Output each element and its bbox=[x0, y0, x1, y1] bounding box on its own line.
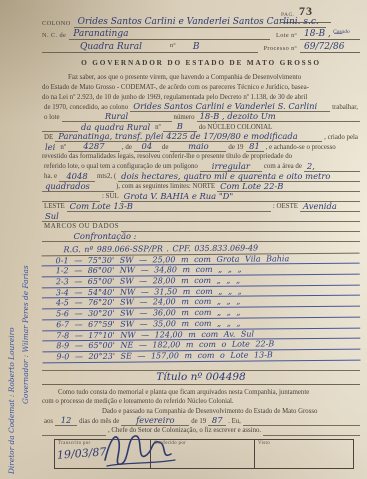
conferido-label: Conferido por bbox=[154, 441, 254, 446]
closing-line: Como tudo consta do memorial e planta qu… bbox=[42, 388, 360, 398]
limite-norte-field: Com Lote 22-B bbox=[217, 182, 360, 192]
closing-line: com o processo de medição e loteamento d… bbox=[42, 397, 360, 407]
quadra-no-label: nº bbox=[170, 41, 179, 52]
typed-text: o lote bbox=[42, 113, 62, 123]
typed-text: , de bbox=[120, 143, 134, 153]
typed-text: , criado pela bbox=[322, 133, 360, 143]
colono-row: COLONO Orides Santos Carlini e Vanderlei… bbox=[42, 17, 360, 28]
typed-text: DE bbox=[42, 133, 55, 143]
quadra-field: Quadra Rural nº B bbox=[42, 41, 258, 53]
body-paragraph: Faz saber, aos que o presente virem, que… bbox=[42, 73, 360, 242]
lei-numero-field: 4287 bbox=[68, 142, 120, 152]
limite-oeste-field: Avenida bbox=[300, 202, 360, 212]
ano-field: 87 bbox=[208, 416, 226, 426]
colono-field: Orides Santos Carlini e Vanderlei Santos… bbox=[74, 17, 326, 28]
visto-cell: Visto bbox=[255, 440, 353, 468]
colono-label: COLONO bbox=[42, 20, 74, 28]
dia-field: 12 bbox=[55, 416, 77, 426]
nc-field: Paranatinga bbox=[69, 29, 270, 40]
typed-text: número bbox=[172, 113, 197, 123]
lei-mes-field: maio bbox=[170, 142, 226, 152]
survey-table: R.G. nº 989.066-SSP/PR . CPF. 035.833.06… bbox=[41, 243, 360, 363]
lei-dia-field: 04 bbox=[134, 142, 160, 152]
body-line: lei nº 4287 , de 04 de maio de 19 81 , e… bbox=[42, 142, 360, 152]
processo-label: Processo nº bbox=[264, 45, 300, 53]
closing-paragraph: Como tudo consta do memorial e planta qu… bbox=[42, 388, 360, 436]
body-line: do Estado de Mato Grosso - CODEMAT-, de … bbox=[42, 83, 360, 93]
typed-text: . Eu, bbox=[226, 417, 243, 427]
lote-field: 18-B , — bbox=[300, 29, 360, 40]
typed-text: dias do mês de bbox=[77, 417, 121, 427]
body-line: Faz saber, aos que o presente virem, que… bbox=[42, 73, 360, 83]
transcription-date: 19/03/87 bbox=[57, 445, 107, 461]
blank-line bbox=[148, 241, 360, 242]
lei-hw: lei bbox=[42, 143, 58, 152]
nucleo-row: N. C. de Paranatinga Lote nº 18-B , — bbox=[42, 29, 360, 40]
lote-numero-field: 18-B , dezoito Um bbox=[197, 112, 360, 122]
blank-ruled-line bbox=[42, 362, 360, 371]
closing-line: , Chefe do Setor de Colonização, o fiz e… bbox=[42, 426, 360, 436]
footer-table: Transcrito por 19/03/87 Conferido por Vi… bbox=[54, 439, 354, 469]
typed-text: aos bbox=[42, 417, 55, 427]
body-line: Sul bbox=[42, 212, 360, 222]
quadra-value: Quadra Rural bbox=[80, 42, 142, 52]
typed-text: de bbox=[160, 143, 171, 153]
conferido-cell: Conferido por bbox=[151, 440, 255, 468]
margin-note-diretor: Diretor da Codemat : Roberto Loureiro bbox=[7, 327, 16, 474]
typed-text: : OESTE bbox=[271, 202, 300, 212]
titulo-number-line: Título nº 004498 bbox=[42, 371, 360, 385]
limite-leste-field: Com Lote 13-B bbox=[67, 202, 271, 212]
blank-line bbox=[42, 241, 62, 242]
blank-line bbox=[263, 435, 360, 436]
scanned-land-title-document: Governador : Wilmar Peres de Farias Dire… bbox=[0, 0, 367, 479]
body-line: LESTE Com Lote 13-B : OESTE Avenida bbox=[42, 202, 360, 212]
limite-oeste-cont-field: Sul bbox=[42, 212, 360, 222]
blank-line bbox=[121, 231, 360, 232]
typed-text: mts2, ( bbox=[95, 172, 118, 182]
body-line: o lote Rural número 18-B , dezoito Um bbox=[42, 112, 360, 122]
margin-note-governador: Governador : Wilmar Peres de Farias bbox=[21, 265, 30, 404]
area-extenso-cont-field: quadrados bbox=[42, 182, 114, 192]
transcrito-cell: Transcrito por 19/03/87 bbox=[55, 440, 151, 468]
typed-text: , e achando-se o processo bbox=[264, 143, 338, 153]
closing-line: aos 12 dias do mês de fevereiro de 19 87… bbox=[42, 416, 360, 426]
mes-field: fevereiro bbox=[121, 416, 189, 426]
nc-label: N. C. de bbox=[42, 32, 69, 40]
processo-field: 69/72/86 bbox=[300, 42, 360, 53]
lote-label: Lote nº bbox=[276, 32, 300, 40]
typed-text: de 19 bbox=[189, 417, 208, 427]
document-content: COLONO Orides Santos Carlini e Vanderlei… bbox=[42, 17, 360, 469]
blank-line bbox=[42, 435, 106, 436]
confrontacao-hw: Confrontação : bbox=[62, 232, 148, 242]
closing-line: Dado e passado na Companhia de Desenvolv… bbox=[42, 407, 360, 417]
typed-text: trabalhar, bbox=[330, 103, 360, 113]
quadra-no-value: B bbox=[193, 42, 200, 52]
typed-text: nº bbox=[58, 143, 68, 153]
document-title: O GOVERNADOR DO ESTADO DE MATO GROSSO bbox=[42, 58, 360, 67]
visto-label: Visto bbox=[258, 441, 353, 446]
quadra-row: Quadra Rural nº B Processo nº 69/72/86 bbox=[42, 41, 360, 53]
lote-tipo-field: Rural bbox=[62, 112, 172, 122]
typed-text: de 19 bbox=[226, 143, 245, 153]
lei-ano-field: 81 bbox=[246, 142, 264, 152]
body-line: Confrontação : bbox=[42, 232, 360, 242]
